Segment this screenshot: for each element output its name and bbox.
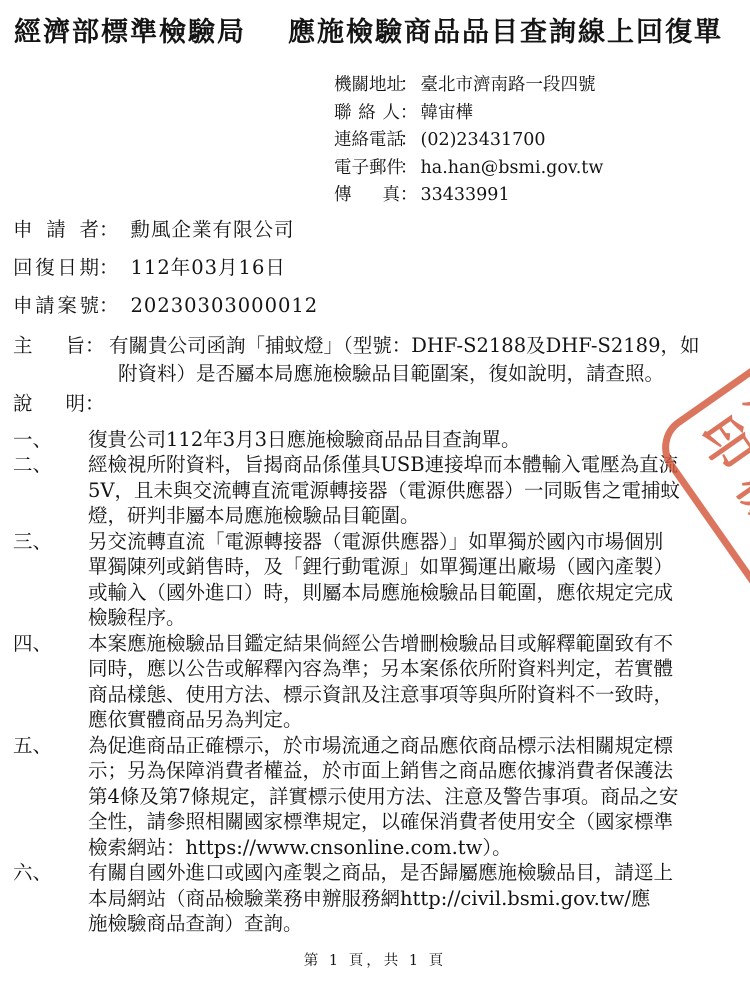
subject-text: 有關貴公司函詢「捕蚊燈」（型號：DHF-S2188及DHF-S2189，如 附資… bbox=[109, 332, 750, 388]
contact-label: 機關地址 bbox=[334, 72, 400, 100]
list-item-5: 五、 為促進商品正確標示，於市場流通之商品應依商品標示法相關規定標 示；另為保障… bbox=[13, 733, 750, 861]
contact-row-person: 聯絡人：韓宙樺 bbox=[334, 100, 750, 128]
field-value: 112年03月16日 bbox=[131, 256, 286, 279]
field-label: 申請者 bbox=[13, 216, 99, 244]
field-label: 回復日期 bbox=[13, 254, 99, 282]
explanation-label-col: 說明： bbox=[13, 390, 109, 418]
contact-value: 韓宙樺 bbox=[421, 103, 474, 123]
field-value: 勳風企業有限公司 bbox=[131, 218, 295, 241]
subject-label-col: 主旨： bbox=[13, 332, 109, 388]
item-line: 檢驗程序。 bbox=[88, 605, 750, 631]
item-line: 全性，請參照相關國家標準規定，以確保消費者使用安全（國家標準 bbox=[88, 809, 750, 835]
colon: ： bbox=[400, 158, 418, 178]
page-number-footer: 第 1 頁，共 1 頁 bbox=[0, 949, 750, 970]
item-text: 為促進商品正確標示，於市場流通之商品應依商品標示法相關規定標 示；另為保障消費者… bbox=[88, 733, 750, 861]
contact-row-email: 電子郵件：ha.han@bsmi.gov.tw bbox=[334, 155, 750, 183]
item-line: 為促進商品正確標示，於市場流通之商品應依商品標示法相關規定標 bbox=[88, 733, 750, 759]
field-row-reply-date: 回復日期：112年03月16日 bbox=[13, 254, 750, 282]
item-text: 經檢視所附資料，旨揭商品係僅具USB連接埠而本體輸入電壓為直流 5V，且未與交流… bbox=[88, 452, 750, 529]
contact-value: ha.han@bsmi.gov.tw bbox=[421, 158, 604, 178]
document-title: 經濟部標準檢驗局應施檢驗商品品目查詢線上回復單 bbox=[0, 0, 750, 52]
item-line: 商品樣態、使用方法、標示資訊及注意事項等與所附資料不一致時， bbox=[88, 682, 750, 708]
explanation-section-header: 說明： bbox=[13, 390, 750, 418]
item-text: 本案應施檢驗品目鑑定結果倘經公告增刪檢驗品目或解釋範圍致有不 同時，應以公告或解… bbox=[88, 631, 750, 733]
agency-name: 經濟部標準檢驗局 bbox=[14, 17, 246, 48]
item-line: 示；另為保障消費者權益，於市面上銷售之商品應依據消費者保護法 bbox=[88, 758, 750, 784]
explanation-label: 說明 bbox=[13, 390, 85, 418]
item-line: 檢索網站：https://www.cnsonline.com.tw）。 bbox=[88, 835, 750, 861]
contact-row-address: 機關地址：臺北市濟南路一段四號 bbox=[334, 72, 750, 100]
field-value: 20230303000012 bbox=[131, 294, 319, 317]
item-line: 有關自國外進口或國內產製之商品，是否歸屬應施檢驗品目，請逕上 bbox=[88, 860, 750, 886]
field-row-applicant: 申請者：勳風企業有限公司 bbox=[13, 216, 750, 244]
colon: ： bbox=[99, 256, 119, 279]
official-reply-document: 經濟部標準檢驗局應施檢驗商品品目查詢線上回復單 機關地址：臺北市濟南路一段四號 … bbox=[0, 0, 750, 986]
colon: ： bbox=[85, 334, 105, 357]
field-label: 申請案號 bbox=[13, 292, 99, 320]
item-number: 三、 bbox=[13, 529, 88, 631]
item-line: 施檢驗商品查詢）查詢。 bbox=[88, 911, 750, 937]
contact-label: 連絡電話 bbox=[334, 127, 400, 155]
item-number: 二、 bbox=[13, 452, 88, 529]
item-line: 或輸入（國外進口）時，則屬本局應施檢驗品目範圍，應依規定完成 bbox=[88, 580, 750, 606]
item-line: 本局網站（商品檢驗業務申辦服務網http://civil.bsmi.gov.tw… bbox=[88, 886, 750, 912]
item-line: 單獨陳列或銷售時，及「鋰行動電源」如單獨運出廠場（國內產製） bbox=[88, 554, 750, 580]
item-line: 復貴公司112年3月3日應施檢驗商品品目查詢單。 bbox=[88, 427, 750, 453]
contact-value: (02)23431700 bbox=[421, 130, 546, 150]
contact-value: 臺北市濟南路一段四號 bbox=[421, 75, 596, 95]
item-number: 六、 bbox=[13, 860, 88, 937]
contact-label: 聯絡人 bbox=[334, 100, 400, 128]
item-line: 經檢視所附資料，旨揭商品係僅具USB連接埠而本體輸入電壓為直流 bbox=[88, 452, 750, 478]
item-line: 5V，且未與交流轉直流電源轉接器（電源供應器）一同販售之電捕蚊 bbox=[88, 478, 750, 504]
item-line: 本案應施檢驗品目鑑定結果倘經公告增刪檢驗品目或解釋範圍致有不 bbox=[88, 631, 750, 657]
item-line: 第4條及第7條規定，詳實標示使用方法、注意及警告事項。商品之安 bbox=[88, 784, 750, 810]
item-line: 另交流轉直流「電源轉接器（電源供應器）」如單獨於國內市場個別 bbox=[88, 529, 750, 555]
explanation-items-list: 一、 復貴公司112年3月3日應施檢驗商品品目查詢單。 二、 經檢視所附資料，旨… bbox=[13, 427, 750, 937]
subject-label: 主旨 bbox=[13, 332, 85, 360]
colon: ： bbox=[99, 294, 119, 317]
contact-label: 電子郵件 bbox=[334, 155, 400, 183]
item-text: 復貴公司112年3月3日應施檢驗商品品目查詢單。 bbox=[88, 427, 750, 453]
item-line: 燈，研判非屬本局應施檢驗品目範圍。 bbox=[88, 503, 750, 529]
item-number: 五、 bbox=[13, 733, 88, 861]
item-number: 一、 bbox=[13, 427, 88, 453]
colon: ： bbox=[400, 75, 418, 95]
list-item-1: 一、 復貴公司112年3月3日應施檢驗商品品目查詢單。 bbox=[13, 427, 750, 453]
contact-label: 傳真 bbox=[334, 182, 400, 210]
colon: ： bbox=[99, 218, 119, 241]
item-text: 另交流轉直流「電源轉接器（電源供應器）」如單獨於國內市場個別 單獨陳列或銷售時，… bbox=[88, 529, 750, 631]
field-row-case-number: 申請案號：20230303000012 bbox=[13, 292, 750, 320]
list-item-4: 四、 本案應施檢驗品目鑑定結果倘經公告增刪檢驗品目或解釋範圍致有不 同時，應以公… bbox=[13, 631, 750, 733]
contact-value: 33433991 bbox=[421, 185, 510, 205]
colon: ： bbox=[85, 392, 105, 415]
document-type-title: 應施檢驗商品品目查詢線上回復單 bbox=[288, 17, 723, 48]
item-text: 有關自國外進口或國內產製之商品，是否歸屬應施檢驗品目，請逕上 本局網站（商品檢驗… bbox=[88, 860, 750, 937]
agency-contact-block: 機關地址：臺北市濟南路一段四號 聯絡人：韓宙樺 連絡電話：(02)2343170… bbox=[334, 72, 750, 210]
list-item-6: 六、 有關自國外進口或國內產製之商品，是否歸屬應施檢驗品目，請逕上 本局網站（商… bbox=[13, 860, 750, 937]
colon: ： bbox=[400, 185, 418, 205]
list-item-3: 三、 另交流轉直流「電源轉接器（電源供應器）」如單獨於國內市場個別 單獨陳列或銷… bbox=[13, 529, 750, 631]
contact-row-fax: 傳真：33433991 bbox=[334, 182, 750, 210]
list-item-2: 二、 經檢視所附資料，旨揭商品係僅具USB連接埠而本體輸入電壓為直流 5V，且未… bbox=[13, 452, 750, 529]
subject-line: 附資料）是否屬本局應施檢驗品目範圍案，復如說明，請查照。 bbox=[109, 360, 750, 388]
colon: ： bbox=[400, 130, 418, 150]
subject-section: 主旨： 有關貴公司函詢「捕蚊燈」（型號：DHF-S2188及DHF-S2189，… bbox=[13, 332, 750, 388]
contact-row-phone: 連絡電話：(02)23431700 bbox=[334, 127, 750, 155]
item-line: 同時，應以公告或解釋內容為準；另本案係依所附資料判定，若實體 bbox=[88, 656, 750, 682]
colon: ： bbox=[400, 103, 418, 123]
subject-line: 有關貴公司函詢「捕蚊燈」（型號：DHF-S2188及DHF-S2189，如 bbox=[109, 332, 750, 360]
item-number: 四、 bbox=[13, 631, 88, 733]
item-line: 應依實體商品另為判定。 bbox=[88, 707, 750, 733]
case-fields-block: 申請者：勳風企業有限公司 回復日期：112年03月16日 申請案號：202303… bbox=[13, 216, 750, 320]
